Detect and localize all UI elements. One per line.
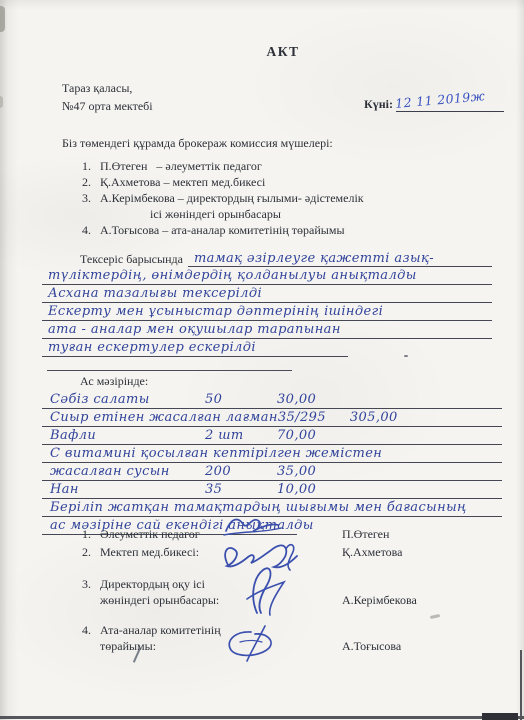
- menu-row: Сиыр етінен жасалған лағман35/295305,00: [42, 409, 502, 427]
- inspection-first-line: Тексеріс барысында тамақ әзірлеуге қажет…: [42, 249, 492, 267]
- date-row: Күні: 12 11 2019ж: [364, 96, 504, 112]
- commission-members-list: 1. П.Өтеген – әлеуметтік педагог 2. Қ.Ах…: [82, 158, 364, 238]
- scan-edge-artifact: [0, 96, 3, 108]
- signature-otegen-icon: [222, 512, 284, 538]
- empty-ruled-line: [47, 357, 292, 371]
- intro-sentence: Біз төмендегі құрамда брокераж комиссия …: [62, 136, 333, 151]
- signer-name: П.Өтеген: [342, 526, 389, 542]
- inspection-label: Тексеріс барысында: [42, 252, 183, 267]
- signer-name: Қ.Ахметова: [342, 544, 403, 560]
- signer-role: Директордың оқу ісі: [100, 577, 205, 591]
- scan-bottom-corner: [482, 713, 518, 720]
- org-city: Тараз қаласы,: [62, 79, 153, 97]
- menu-row: жасалған сусын20035,00: [42, 463, 502, 481]
- menu-row: С витамині қосылған кептірілген жемістен: [42, 445, 502, 463]
- signature-kerimbekova-icon: [238, 566, 296, 618]
- scan-bottom-edge: [0, 716, 524, 719]
- handwriting-line: Асхана тазалығы тексерілді: [42, 285, 492, 303]
- signature-togysova-icon: [220, 624, 290, 664]
- date-label: Күні:: [364, 97, 393, 112]
- inspection-section: Тексеріс барысында тамақ әзірлеуге қажет…: [42, 249, 492, 371]
- menu-row: Вафли2 шт70,00: [42, 427, 502, 445]
- member-row-continuation: ісі жөніндегі орынбасары: [82, 206, 364, 222]
- signer-name: А.Керімбекова: [342, 592, 417, 608]
- menu-section: Ас мәзірінде: Сәбіз салаты5030,00 Сиыр е…: [42, 374, 502, 535]
- member-row: 1. П.Өтеген – әлеуметтік педагог: [82, 158, 364, 174]
- member-row: 3. А.Керімбекова – директордың ғылыми- ә…: [82, 190, 364, 206]
- handwriting-line: ата - аналар мен оқушылар тарапынан: [42, 321, 492, 339]
- signer-role: Мектеп мед.бикесі:: [100, 545, 199, 559]
- date-underline: 12 11 2019ж: [396, 96, 504, 112]
- ink-dot: [404, 355, 408, 357]
- handwriting-line: тамақ әзірлеуге қажетті азық-: [188, 251, 492, 267]
- member-row: 2. Қ.Ахметова – мектеп мед.бикесі: [82, 174, 364, 190]
- handwriting-line: түліктердің, өнімдердің қолданылуы анықт…: [42, 267, 492, 285]
- signer-role: Ата-аналар комитетінің: [100, 623, 221, 637]
- menu-row: Нан3510,00: [42, 481, 502, 499]
- menu-row: Сәбіз салаты5030,00: [42, 391, 502, 409]
- scanned-act-document: АКТ Тараз қаласы, №47 орта мектебі Күні:…: [0, 0, 524, 720]
- handwriting-line: Ескерту мен ұсыныстар дәптерінің ішіндег…: [42, 303, 492, 321]
- date-handwritten-value: 12 11 2019ж: [395, 88, 486, 111]
- org-school: №47 орта мектебі: [62, 97, 153, 115]
- scan-right-edge: [520, 650, 522, 720]
- document-title: АКТ: [0, 44, 524, 60]
- signer-name: А.Тоғысова: [342, 638, 401, 654]
- member-row: 4. А.Тоғысова – ата-аналар комитетінің т…: [82, 222, 364, 238]
- scan-edge-artifact: [0, 6, 5, 32]
- organization-block: Тараз қаласы, №47 орта мектебі: [62, 79, 153, 115]
- handwriting-line: туған ескертулер ескерілді: [42, 339, 348, 357]
- menu-label: Ас мәзірінде:: [42, 374, 502, 391]
- signer-role: Әлеуметтік педагог: [100, 527, 200, 541]
